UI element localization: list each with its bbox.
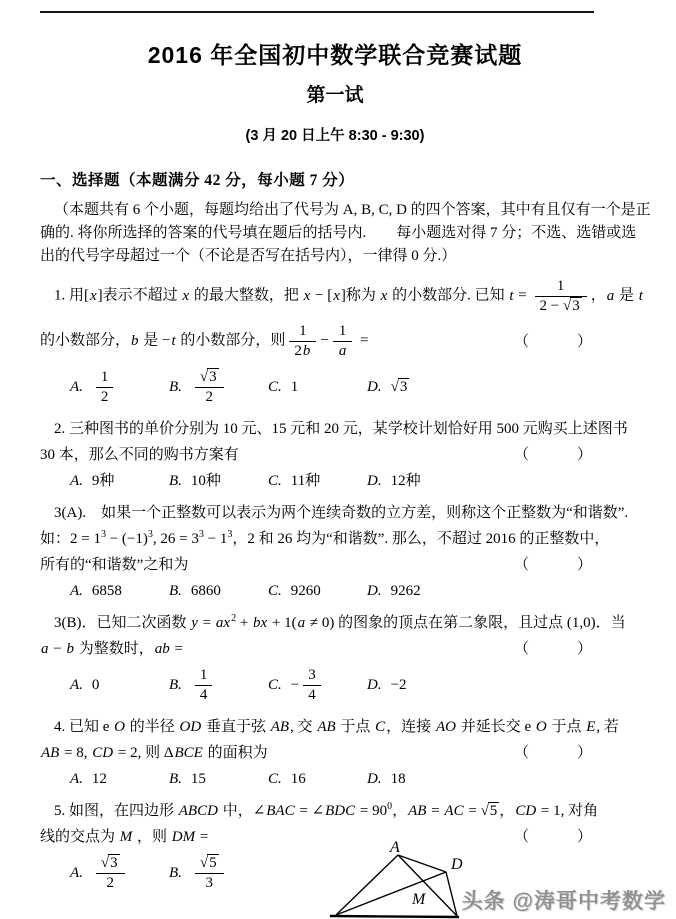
question-text: 线的交点为 M ，则 DM = — [40, 824, 208, 850]
math-var: ab — [154, 641, 171, 657]
fraction-numerator: 1 — [535, 277, 587, 296]
square-root: √3 — [391, 374, 410, 400]
page-title: 2016 年全国初中数学联合竞赛试题 — [40, 40, 630, 70]
figure-label-D: D — [450, 856, 463, 873]
fraction-denominator: 4 — [303, 685, 321, 705]
questions-list: 1. 用[x]表示不超过 x 的最大整数，把 x − [x]称为 x 的小数部分… — [40, 274, 630, 896]
options-row: A.6858B.6860C.9260D.9262 — [40, 578, 630, 604]
math-var: AC — [443, 803, 464, 819]
question-text: 30 本，那么不同的购书方案有 — [40, 442, 239, 468]
math-var: AB — [407, 803, 427, 819]
option-label: A. — [70, 578, 83, 604]
superscript: 3 — [199, 529, 204, 540]
square-root: √5 — [200, 854, 219, 873]
fraction: √53 — [195, 854, 224, 893]
fraction-numerator: 1 — [96, 368, 114, 387]
fraction: 34 — [303, 666, 321, 705]
math-var: BDC — [324, 803, 356, 819]
question-line: 3(B)．已知二次函数 y = ax2 + bx + 1(a ≠ 0) 的图象的… — [40, 610, 630, 636]
question-text: 3(B)．已知二次函数 y = ax2 + bx + 1(a ≠ 0) 的图象的… — [40, 610, 626, 636]
fraction: 14 — [195, 666, 213, 705]
options-row: A.0B.14C.−34D.−2 — [40, 662, 630, 708]
option-label: B. — [169, 672, 182, 698]
math-var: a — [606, 288, 616, 304]
answer-paren-close: ） — [577, 824, 592, 850]
options-row: A.12B.15C.16D.18 — [40, 766, 630, 792]
fraction-numerator: 3 — [303, 666, 321, 685]
fraction-denominator: 3 — [195, 873, 224, 893]
answer-paren-close: ） — [577, 552, 592, 578]
math-var: x — [181, 288, 190, 304]
math-var: AO — [435, 719, 457, 735]
options-row: A.9种B.10种C.11种D.12种 — [40, 468, 630, 494]
fraction: √32 — [96, 854, 125, 893]
answer-parentheses: （） — [514, 824, 592, 850]
answer-parentheses: （） — [514, 329, 592, 355]
option-label: A. — [70, 468, 83, 494]
question-text: 的小数部分，b 是 −t 的小数部分，则12b−1a = — [40, 322, 369, 361]
geometry-figure: A D M — [328, 839, 478, 919]
option-value: 6858 — [92, 578, 122, 604]
option-label: C. — [268, 578, 282, 604]
math-var: OD — [179, 719, 203, 735]
option-value: 14 — [191, 666, 217, 705]
figure-label-A: A — [389, 839, 400, 856]
square-root: √3 — [563, 297, 582, 316]
figure-side-BA — [336, 855, 398, 915]
math-var: b — [65, 641, 75, 657]
option-C: C.−34 — [268, 666, 367, 705]
option-value: 10种 — [191, 468, 221, 494]
option-B: B.√32 — [169, 368, 268, 407]
exam-time: (3 月 20 日上午 8:30 - 9:30) — [40, 126, 630, 146]
answer-paren-close: ） — [577, 636, 592, 662]
option-value: 6860 — [191, 578, 221, 604]
option-label: C. — [268, 468, 282, 494]
question-line: 5. 如图，在四边形 ABCD 中，∠BAC = ∠BDC = 900，AB =… — [40, 798, 630, 824]
superscript: 3 — [101, 529, 106, 540]
square-root: √5 — [481, 798, 500, 824]
fraction-denominator: a — [333, 341, 353, 361]
option-value: 18 — [391, 766, 406, 792]
option-label: D. — [367, 578, 382, 604]
math-var: CD — [91, 745, 114, 761]
option-B: B.14 — [169, 666, 268, 705]
fraction: √32 — [195, 368, 224, 407]
option-label: B. — [169, 766, 182, 792]
question-text: 3(A). 如果一个正整数可以表示为两个连续奇数的立方差，则称这个正整数为“和谐… — [40, 500, 628, 526]
answer-paren-open: （ — [514, 329, 529, 355]
question-text: 4. 已知 e O 的半径 OD 垂直于弦 AB, 交 AB 于点 C，连接 A… — [40, 714, 619, 740]
figure-side-BC — [330, 916, 459, 917]
answer-paren-open: （ — [514, 636, 529, 662]
radicand: 3 — [398, 378, 410, 396]
option-value: √32 — [92, 854, 129, 893]
math-var: AB — [270, 719, 290, 735]
answer-paren-open: （ — [514, 824, 529, 850]
option-label: B. — [169, 374, 182, 400]
answer-paren-close: ） — [577, 740, 592, 766]
option-C: C.1 — [268, 374, 367, 400]
option-label: A. — [70, 766, 83, 792]
option-B: B.10种 — [169, 468, 268, 494]
radicand: 3 — [570, 297, 582, 315]
option-D: D.−2 — [367, 672, 466, 698]
question-2: 2. 三种图书的单价分别为 10 元、15 元和 20 元，某学校计划恰好用 5… — [40, 416, 630, 494]
question-4: 4. 已知 e O 的半径 OD 垂直于弦 AB, 交 AB 于点 C，连接 A… — [40, 714, 630, 792]
math-var: O — [113, 719, 126, 735]
answer-paren-close: ） — [577, 329, 592, 355]
option-A: A.12 — [70, 766, 169, 792]
option-label: B. — [169, 578, 182, 604]
option-B: B.6860 — [169, 578, 268, 604]
instructions-line: 出的代号字母超过一个（不论是否写在括号内），一律得 0 分.） — [40, 245, 630, 268]
fraction: 12b — [289, 322, 316, 361]
fraction-denominator: 2 — [96, 387, 114, 407]
math-var: x — [332, 288, 341, 304]
option-value: √53 — [191, 854, 228, 893]
math-var: y — [190, 615, 199, 631]
fraction: 12 — [96, 368, 114, 407]
question-text: 5. 如图，在四边形 ABCD 中，∠BAC = ∠BDC = 900，AB =… — [40, 798, 598, 824]
option-label: D. — [367, 766, 382, 792]
fraction-numerator: √5 — [195, 854, 224, 873]
exam-part-subtitle: 第一试 — [40, 83, 630, 109]
fraction-denominator: 2 − √3 — [535, 296, 587, 316]
fraction-denominator: 2 — [96, 873, 125, 893]
option-label: B. — [169, 468, 182, 494]
math-var: a — [297, 615, 307, 631]
superscript: 3 — [148, 529, 153, 540]
question-line: 30 本，那么不同的购书方案有（） — [40, 442, 630, 468]
question-line: 2. 三种图书的单价分别为 10 元、15 元和 20 元，某学校计划恰好用 5… — [40, 416, 630, 442]
option-value: √3 — [391, 374, 410, 400]
math-var: M — [119, 829, 134, 845]
option-A: A.9种 — [70, 468, 169, 494]
instructions-paragraph: （本题共有 6 个小题，每题均给出了代号为 A, B, C, D 的四个答案，其… — [40, 199, 630, 268]
section-heading: 一、选择题（本题满分 42 分，每小题 7 分） — [40, 170, 630, 191]
fraction: 1a — [333, 322, 353, 361]
option-value: −34 — [291, 666, 325, 705]
question-text: a − b 为整数时，ab = — [40, 636, 183, 662]
math-var: b — [302, 343, 312, 359]
figure-label-M: M — [411, 891, 427, 908]
question-line: 4. 已知 e O 的半径 OD 垂直于弦 AB, 交 AB 于点 C，连接 A… — [40, 714, 630, 740]
answer-parentheses: （） — [514, 552, 592, 578]
answer-parentheses: （） — [514, 442, 592, 468]
question-line: AB = 8, CD = 2, 则 ΔBCE 的面积为（） — [40, 740, 630, 766]
option-label: C. — [268, 766, 282, 792]
option-value: 11种 — [291, 468, 320, 494]
option-C: C.9260 — [268, 578, 367, 604]
option-D: D.9262 — [367, 578, 466, 604]
fraction: 12 − √3 — [535, 277, 587, 316]
option-A: A.6858 — [70, 578, 169, 604]
math-var: t — [170, 333, 176, 349]
math-var: ax — [215, 615, 231, 631]
option-label: D. — [367, 468, 382, 494]
question-3B: 3(B)．已知二次函数 y = ax2 + bx + 1(a ≠ 0) 的图象的… — [40, 610, 630, 708]
answer-paren-open: （ — [514, 442, 529, 468]
math-var: AB — [40, 745, 60, 761]
radicand: 3 — [207, 368, 219, 386]
math-var: x — [303, 288, 312, 304]
math-var: x — [89, 288, 98, 304]
fraction-numerator: √3 — [96, 854, 125, 873]
math-var: ABCD — [178, 803, 219, 819]
option-value: 16 — [291, 766, 306, 792]
superscript: 3 — [227, 529, 232, 540]
option-value: 1 — [291, 374, 299, 400]
math-var: BAC — [265, 803, 295, 819]
option-label: A. — [70, 860, 83, 886]
math-var: C — [374, 719, 386, 735]
figure-diagonal-BD — [336, 872, 446, 915]
math-var: DM — [171, 829, 196, 845]
answer-paren-close: ） — [577, 442, 592, 468]
question-line: a − b 为整数时，ab =（） — [40, 636, 630, 662]
option-value: √32 — [191, 368, 228, 407]
option-label: D. — [367, 672, 382, 698]
answer-parentheses: （） — [514, 740, 592, 766]
question-1: 1. 用[x]表示不超过 x 的最大整数，把 x − [x]称为 x 的小数部分… — [40, 274, 630, 410]
option-value: 15 — [191, 766, 206, 792]
math-var: O — [535, 719, 548, 735]
figure-diagonal-AC — [398, 855, 457, 916]
option-C: C.11种 — [268, 468, 367, 494]
radicand: 5 — [488, 802, 500, 820]
superscript: 0 — [387, 801, 392, 812]
option-D: D.√3 — [367, 374, 466, 400]
option-value: 12 — [92, 368, 118, 407]
option-label: A. — [70, 672, 83, 698]
exam-page: 2016 年全国初中数学联合竞赛试题 第一试 (3 月 20 日上午 8:30 … — [0, 0, 676, 919]
question-text: 如：2 = 13 − (−1)3, 26 = 33 − 13，2 和 26 均为… — [40, 526, 609, 552]
option-B: B.√53 — [169, 854, 268, 893]
option-label: A. — [70, 374, 83, 400]
fraction-numerator: 1 — [195, 666, 213, 685]
option-value: 0 — [92, 672, 100, 698]
math-var: bx — [252, 615, 268, 631]
question-line: 的小数部分，b 是 −t 的小数部分，则12b−1a =（） — [40, 319, 630, 364]
option-D: D.12种 — [367, 468, 466, 494]
math-var: AB — [316, 719, 336, 735]
option-label: B. — [169, 860, 182, 886]
superscript: 2 — [231, 613, 236, 624]
option-value: 12种 — [391, 468, 421, 494]
option-value: 9种 — [92, 468, 115, 494]
math-var: t — [508, 288, 514, 304]
question-3A: 3(A). 如果一个正整数可以表示为两个连续奇数的立方差，则称这个正整数为“和谐… — [40, 500, 630, 604]
math-var: b — [130, 333, 140, 349]
figure-side-AD — [398, 855, 446, 872]
option-C: C.16 — [268, 766, 367, 792]
radicand: 5 — [207, 854, 219, 872]
fraction-denominator: 2b — [289, 341, 316, 361]
option-A: A.√32 — [70, 854, 169, 893]
math-var: t — [638, 288, 644, 304]
fraction-denominator: 2 — [195, 387, 224, 407]
math-var: a — [338, 343, 348, 359]
question-text: AB = 8, CD = 2, 则 ΔBCE 的面积为 — [40, 740, 268, 766]
question-text: 所有的“和谐数”之和为 — [40, 552, 188, 578]
instructions-line: （本题共有 6 个小题，每题均给出了代号为 A, B, C, D 的四个答案，其… — [40, 199, 630, 222]
math-var: E — [585, 719, 596, 735]
option-B: B.15 — [169, 766, 268, 792]
watermark: 头条 @涛哥中考数学 — [462, 885, 666, 915]
option-label: C. — [268, 672, 282, 698]
math-var: a — [40, 641, 50, 657]
option-A: A.0 — [70, 672, 169, 698]
square-root: √3 — [101, 854, 120, 873]
option-value: −2 — [391, 672, 407, 698]
option-value: 12 — [92, 766, 107, 792]
option-D: D.18 — [367, 766, 466, 792]
instructions-line: 确的. 将你所选择的答案的代号填在题后的括号内. 每小题选对得 7 分；不选、选… — [40, 222, 630, 245]
fraction-numerator: 1 — [289, 322, 316, 341]
question-line: 1. 用[x]表示不超过 x 的最大整数，把 x − [x]称为 x 的小数部分… — [40, 274, 630, 319]
option-A: A.12 — [70, 368, 169, 407]
options-row: A.12B.√32C.1D.√3 — [40, 364, 630, 410]
fraction-numerator: 1 — [333, 322, 353, 341]
math-var: BCE — [174, 745, 204, 761]
question-line: 3(A). 如果一个正整数可以表示为两个连续奇数的立方差，则称这个正整数为“和谐… — [40, 500, 630, 526]
math-var: CD — [514, 803, 537, 819]
answer-parentheses: （） — [514, 636, 592, 662]
option-value: 9260 — [291, 578, 321, 604]
option-label: D. — [367, 374, 382, 400]
square-root: √3 — [200, 368, 219, 387]
question-text: 2. 三种图书的单价分别为 10 元、15 元和 20 元，某学校计划恰好用 5… — [40, 416, 628, 442]
top-rule-line — [40, 11, 594, 13]
option-value: 9262 — [391, 578, 421, 604]
fraction-denominator: 4 — [195, 685, 213, 705]
radicand: 3 — [108, 854, 120, 872]
page-content: 2016 年全国初中数学联合竞赛试题 第一试 (3 月 20 日上午 8:30 … — [0, 40, 676, 896]
fraction-numerator: √3 — [195, 368, 224, 387]
answer-paren-open: （ — [514, 552, 529, 578]
question-line: 所有的“和谐数”之和为（） — [40, 552, 630, 578]
question-line: 如：2 = 13 − (−1)3, 26 = 33 − 13，2 和 26 均为… — [40, 526, 630, 552]
math-var: x — [380, 288, 389, 304]
option-label: C. — [268, 374, 282, 400]
answer-paren-open: （ — [514, 740, 529, 766]
question-text: 1. 用[x]表示不超过 x 的最大整数，把 x − [x]称为 x 的小数部分… — [40, 277, 644, 316]
